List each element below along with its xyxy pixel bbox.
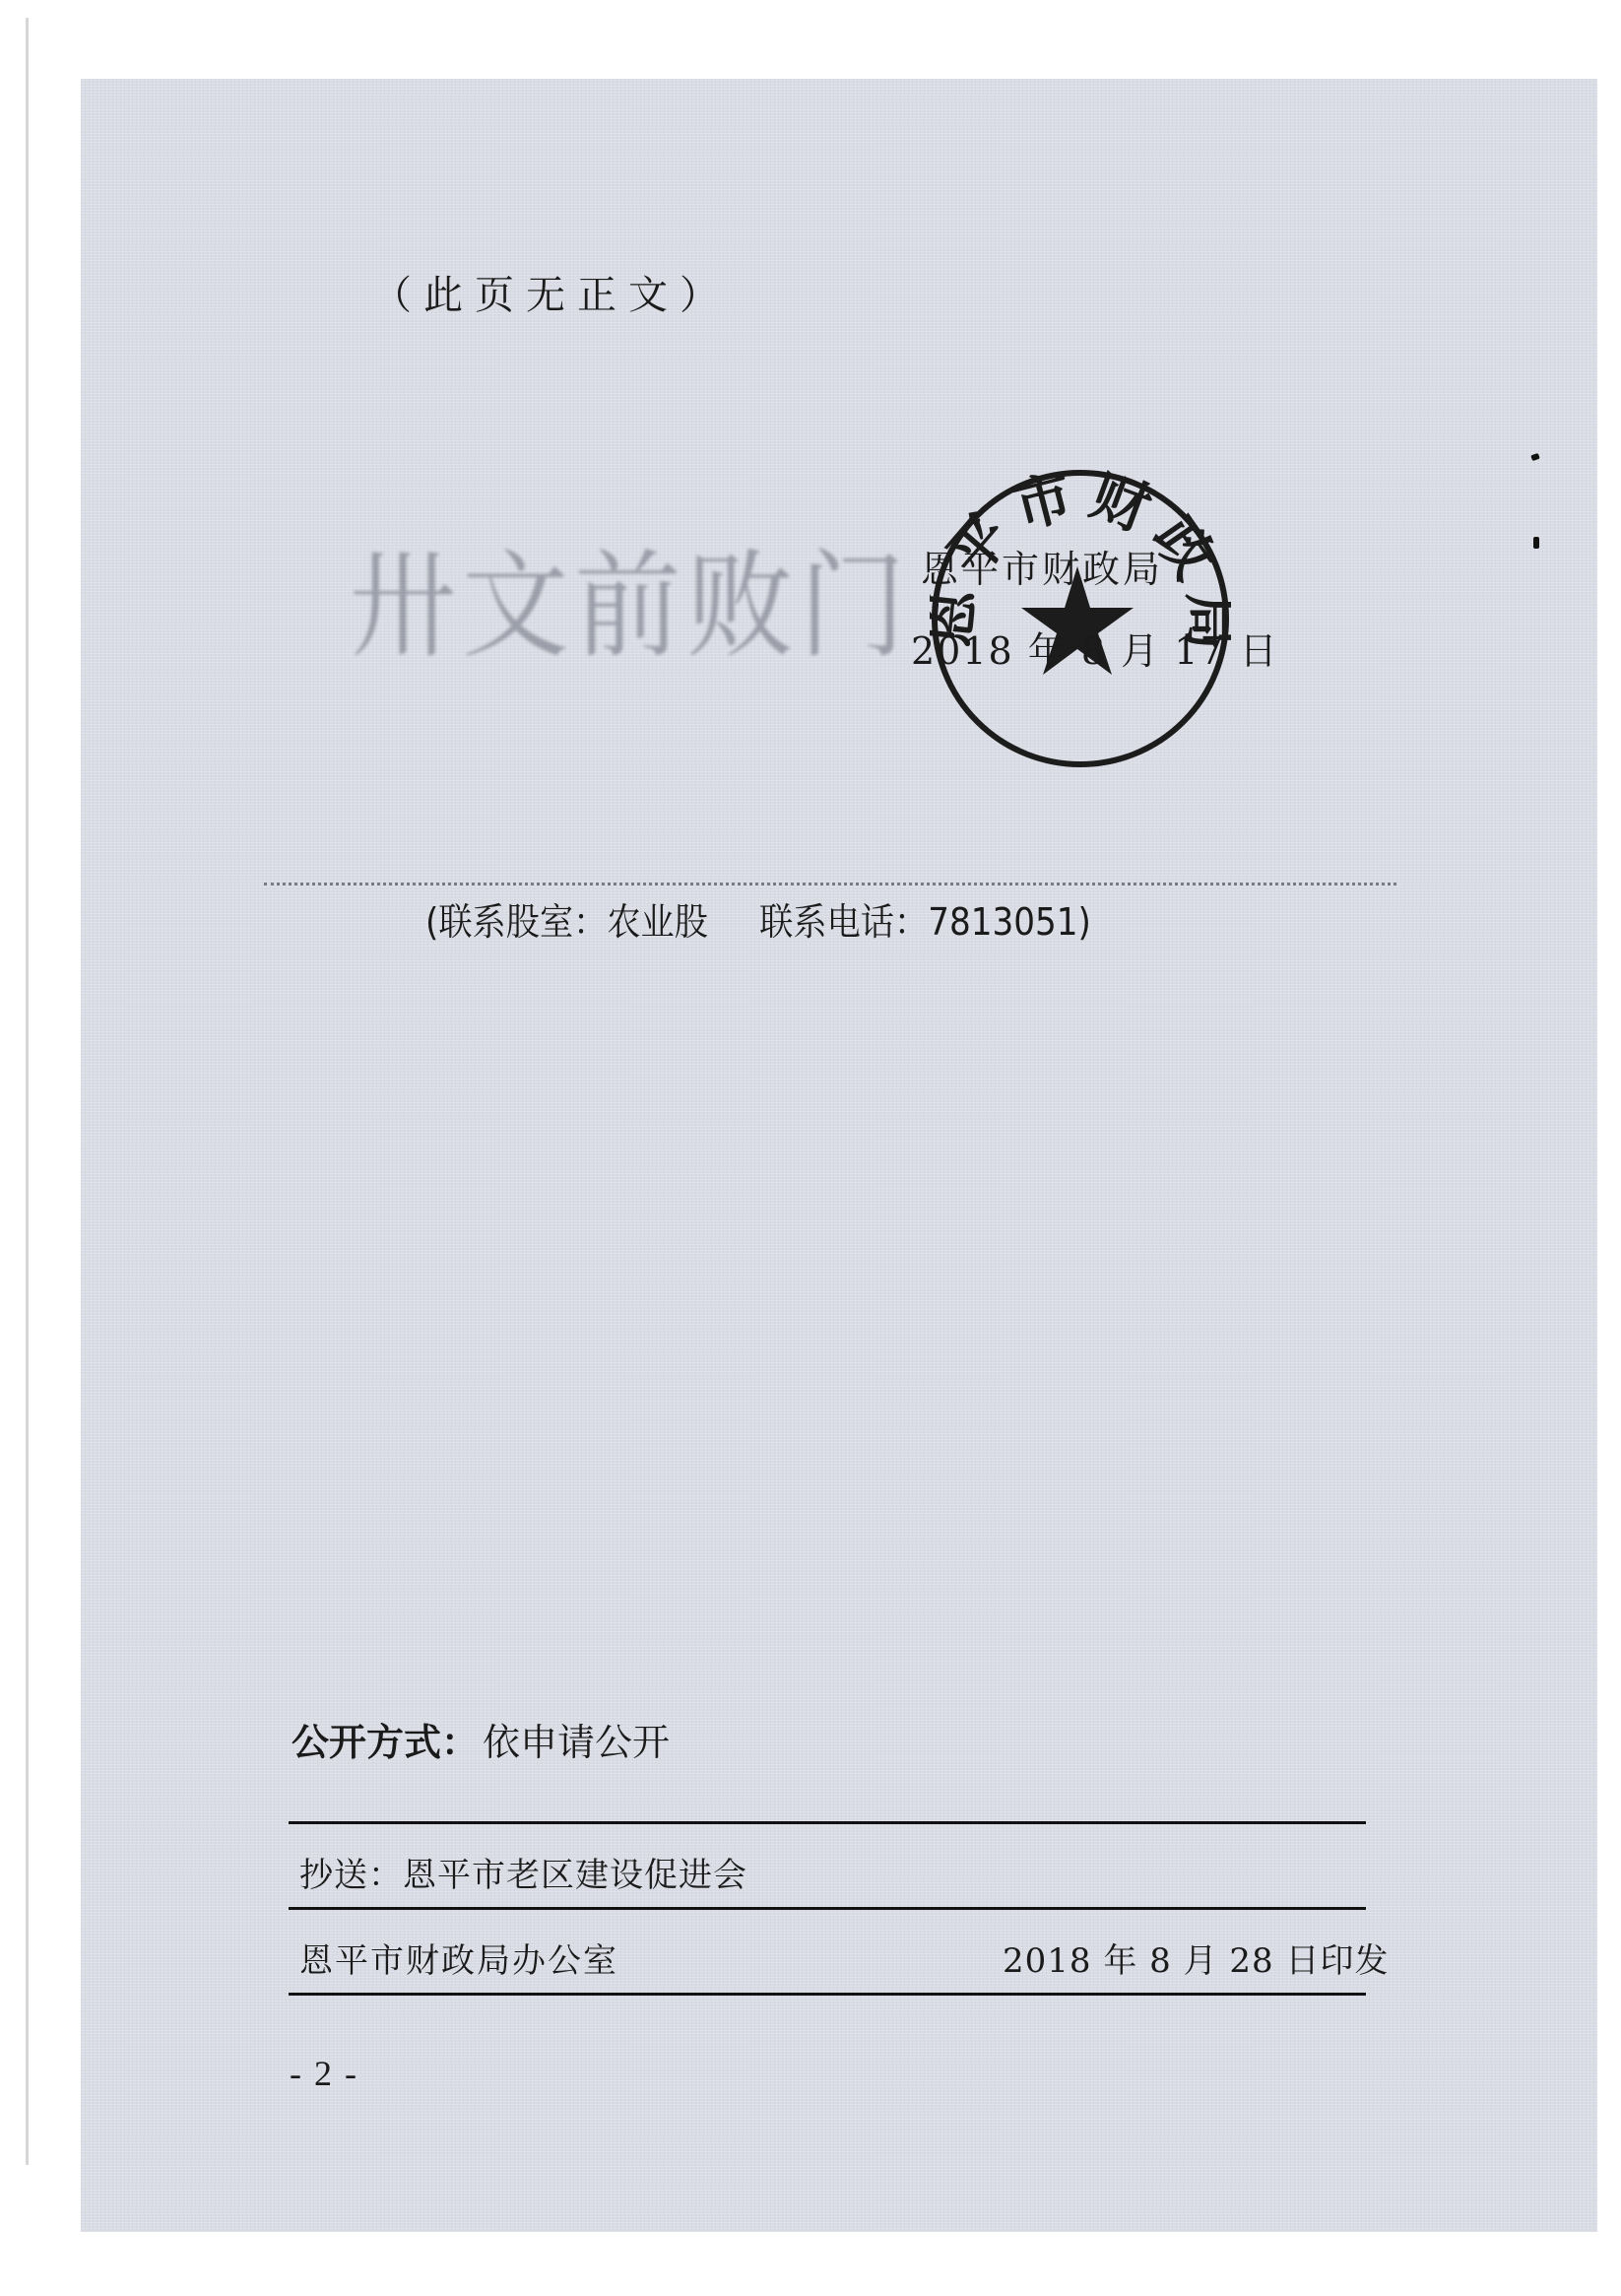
- signature-date: 2018 年 8 月 17 日: [911, 621, 1279, 675]
- issuing-office: 恩平市财政局办公室: [299, 1934, 618, 1982]
- disclosure-label: 公开方式：: [292, 1721, 479, 1764]
- department-value: 农业股: [607, 900, 708, 944]
- contact-open-paren: (: [425, 900, 438, 944]
- cc-label: 抄送：: [299, 1856, 403, 1895]
- page-number: - 2 -: [290, 2053, 358, 2094]
- dotted-divider: [264, 883, 1396, 886]
- phone-label: 联系电话：: [759, 900, 928, 944]
- disclosure-method: 公开方式：依申请公开: [292, 1712, 670, 1766]
- signature-organization: 恩平市财政局: [921, 539, 1163, 593]
- phone-value: 7813051: [928, 900, 1077, 944]
- scan-speck: [1533, 537, 1539, 549]
- scan-edge-line: [26, 18, 29, 2165]
- cc-value: 恩平市老区建设促进会: [403, 1856, 747, 1895]
- footer-rule-top: [289, 1821, 1366, 1824]
- issue-date: 2018 年 8 月 28 日印发: [1003, 1934, 1389, 1982]
- no-body-text-note: （此页无正文）: [372, 264, 731, 320]
- footer-rule-middle: [289, 1907, 1366, 1910]
- contact-line: (联系股室：农业股联系电话：7813051): [425, 891, 1091, 946]
- footer-rule-bottom: [289, 1993, 1366, 1996]
- disclosure-value: 依申请公开: [483, 1721, 670, 1764]
- contact-close-paren: ): [1078, 900, 1091, 944]
- bleed-through-ghost-text: 卅文前败门: [350, 512, 911, 680]
- department-label: 联系股室：: [438, 900, 607, 944]
- official-seal: 恩平市财政局: [930, 468, 1231, 769]
- cc-line: 抄送：恩平市老区建设促进会: [299, 1848, 747, 1896]
